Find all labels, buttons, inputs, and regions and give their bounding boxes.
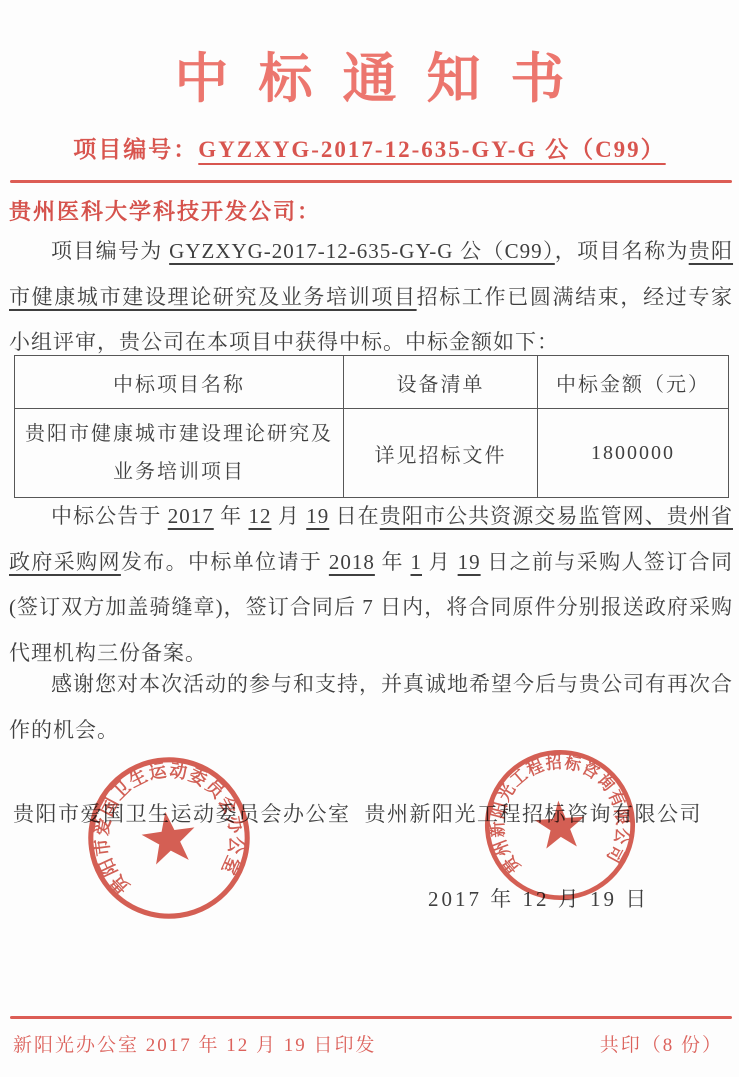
- cell-project-name: 贵阳市健康城市建设理论研究及业务培训项目: [15, 409, 344, 498]
- seal-star-icon: [139, 808, 199, 866]
- cell-equipment-list: 详见招标文件: [344, 409, 538, 498]
- col-header-equipment-list: 设备清单: [344, 356, 538, 409]
- p2-month-underlined: 12: [249, 504, 272, 528]
- p1-text: ，项目名称为: [555, 239, 689, 263]
- project-number-line: 项目编号：GYZXYG-2017-12-635-GY-G 公（C99）: [0, 131, 739, 164]
- p2-text: 日在: [329, 504, 380, 528]
- official-seal-right-icon: 贵州新阳光工程招标咨询有限公司: [476, 741, 645, 910]
- paragraph-announcement: 中标公告于 2017 年 12 月 19 日在贵阳市公共资源交易监管网、贵州省政…: [9, 494, 733, 676]
- project-number-label: 项目编号：: [73, 137, 198, 162]
- p1-project-code-underlined: GYZXYG-2017-12-635-GY-G 公（C99）: [169, 239, 555, 263]
- p2-text: 中标公告于: [51, 504, 168, 528]
- top-divider: [10, 180, 732, 183]
- addressee: 贵州医科大学科技开发公司：: [9, 195, 321, 226]
- paragraph-thanks: 感谢您对本次活动的参与和支持，并真诚地希望今后与贵公司有再次合作的机会。: [9, 662, 733, 753]
- p2-text: 月: [422, 550, 458, 574]
- footer-issue-info: 新阳光办公室 2017 年 12 月 19 日印发: [13, 1030, 377, 1057]
- col-header-award-amount: 中标金额（元）: [538, 356, 729, 409]
- p2-month2-underlined: 1: [411, 550, 423, 574]
- seal-star-icon: [534, 799, 587, 850]
- footer-copies-count: 共印（8 份）: [600, 1030, 723, 1057]
- award-notice-document: 中标通知书 项目编号：GYZXYG-2017-12-635-GY-G 公（C99…: [0, 0, 739, 1077]
- p2-text: 年: [375, 550, 411, 574]
- bottom-divider: [10, 1016, 732, 1019]
- official-seal-left-icon: 贵阳市爱国卫生运动委员会办公室: [73, 742, 265, 934]
- p2-text: 发布。中标单位请于: [121, 550, 329, 574]
- p1-text: 项目编号为: [51, 239, 169, 263]
- p2-day-underlined: 19: [306, 504, 329, 528]
- project-number-value: GYZXYG-2017-12-635-GY-G 公（C99）: [198, 137, 665, 162]
- p2-day2-underlined: 19: [458, 550, 481, 574]
- paragraph-award-summary: 项目编号为 GYZXYG-2017-12-635-GY-G 公（C99），项目名…: [9, 229, 733, 366]
- col-header-project-name: 中标项目名称: [15, 356, 344, 409]
- cell-award-amount: 1800000: [538, 409, 729, 498]
- p2-text: 月: [272, 504, 307, 528]
- p2-year-underlined: 2017: [168, 504, 214, 528]
- p2-year2-underlined: 2018: [329, 550, 375, 574]
- p2-text: 年: [214, 504, 249, 528]
- table-header-row: 中标项目名称 设备清单 中标金额（元）: [15, 356, 729, 409]
- document-title: 中标通知书: [0, 36, 739, 113]
- table-row: 贵阳市健康城市建设理论研究及业务培训项目 详见招标文件 1800000: [15, 409, 729, 498]
- award-table: 中标项目名称 设备清单 中标金额（元） 贵阳市健康城市建设理论研究及业务培训项目…: [14, 355, 729, 498]
